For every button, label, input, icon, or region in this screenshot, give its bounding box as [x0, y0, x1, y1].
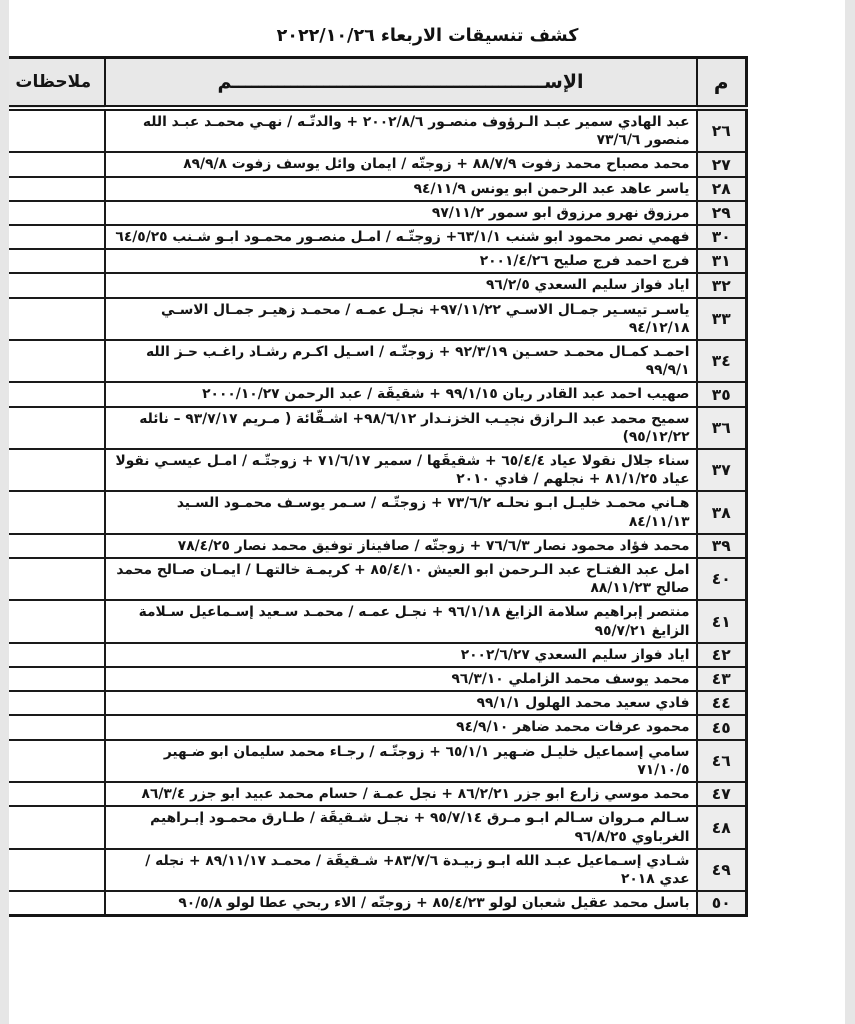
row-notes-cell — [2, 108, 105, 152]
row-serial-number: ٥٠ — [697, 891, 747, 916]
table-row: ٤٠ امل عبد الفتـاح عبد الـرحمن ابو العيش… — [2, 558, 747, 600]
table-row: ٢٨ ياسر عاهد عبد الرحمن ابو يونس ٩٤/١١/٩ — [2, 177, 747, 201]
table-row: ٤٦ سامي إسماعيل خليـل ضـهير ٦٥/١/١ + زوج… — [2, 740, 747, 782]
row-serial-number: ٤٨ — [697, 806, 747, 848]
row-person-name: محمد يوسف محمد الزاملي ٩٦/٣/١٠ — [105, 667, 697, 691]
table-row: ٢٩ مرزوق نهرو مرزوق ابو سمور ٩٧/١١/٢ — [2, 201, 747, 225]
row-person-name: سميح محمد عبد الـرازق نجيـب الخزنـدار ٩٨… — [105, 407, 697, 449]
table-row: ٤٤ فادي سعيد محمد الهلول ٩٩/١/١ — [2, 691, 747, 715]
row-notes-cell — [2, 667, 105, 691]
table-row: ٤٣ محمد يوسف محمد الزاملي ٩٦/٣/١٠ — [2, 667, 747, 691]
row-notes-cell — [2, 740, 105, 782]
row-person-name: اياد فواز سليم السعدي ٩٦/٢/٥ — [105, 273, 697, 297]
row-notes-cell — [2, 201, 105, 225]
row-notes-cell — [2, 891, 105, 916]
table-row: ٤٢ اياد فواز سليم السعدي ٢٠٠٢/٦/٢٧ — [2, 643, 747, 667]
row-notes-cell — [2, 407, 105, 449]
row-notes-cell — [2, 534, 105, 558]
row-notes-cell — [2, 177, 105, 201]
row-person-name: صهيب احمد عبد القادر ريان ٩٩/١/١٥ + شقيق… — [105, 382, 697, 406]
table-row: ٣٤ احمـد كمـال محمـد حسـين ٩٢/٣/١٩ + زوج… — [2, 340, 747, 382]
row-person-name: عبد الهادي سمير عبـد الـرؤوف منصـور ٢٠٠٢… — [105, 108, 697, 152]
table-row: ٤٥ محمود عرفات محمد ضاهر ٩٤/٩/١٠ — [2, 715, 747, 739]
table-row: ٣٥ صهيب احمد عبد القادر ريان ٩٩/١/١٥ + ش… — [2, 382, 747, 406]
row-person-name: ياسـر تيسـير جمـال الاسـي ٩٧/١١/٢٢+ نجـل… — [105, 298, 697, 340]
table-row: ٤٨ سـالم مـروان سـالم ابـو مـرق ٩٥/٧/١٤ … — [2, 806, 747, 848]
row-notes-cell — [2, 782, 105, 806]
row-person-name: شـادي إسـماعيل عبـد الله ابـو زبيـدة ٨٣/… — [105, 849, 697, 891]
row-serial-number: ٤٥ — [697, 715, 747, 739]
table-row: ٣١ فرج احمد فرج صليح ٢٠٠١/٤/٢٦ — [2, 249, 747, 273]
table-row: ٣٦ سميح محمد عبد الـرازق نجيـب الخزنـدار… — [2, 407, 747, 449]
row-serial-number: ٣٢ — [697, 273, 747, 297]
row-notes-cell — [2, 715, 105, 739]
page-right-edge-shadow — [845, 0, 855, 1024]
header-notes: ملاحظات — [2, 58, 105, 109]
table-row: ٣٨ هـاني محمـد خليـل ابـو نحلـه ٧٣/٦/٢ +… — [2, 491, 747, 533]
row-serial-number: ٣٥ — [697, 382, 747, 406]
row-serial-number: ٤٢ — [697, 643, 747, 667]
row-serial-number: ٣٨ — [697, 491, 747, 533]
row-person-name: باسل محمد عقيل شعبان لولو ٨٥/٤/٢٣ + زوجت… — [105, 891, 697, 916]
table-row: ٣٣ ياسـر تيسـير جمـال الاسـي ٩٧/١١/٢٢+ ن… — [2, 298, 747, 340]
row-person-name: محمد مصباح محمد زفوت ٨٨/٧/٩ + زوجتّه / ا… — [105, 152, 697, 176]
page-left-edge-shadow — [0, 0, 9, 1024]
row-person-name: فادي سعيد محمد الهلول ٩٩/١/١ — [105, 691, 697, 715]
table-row: ٢٦ عبد الهادي سمير عبـد الـرؤوف منصـور ٢… — [2, 108, 747, 152]
row-notes-cell — [2, 643, 105, 667]
row-serial-number: ٢٧ — [697, 152, 747, 176]
row-serial-number: ٤٩ — [697, 849, 747, 891]
table-row: ٥٠ باسل محمد عقيل شعبان لولو ٨٥/٤/٢٣ + ز… — [2, 891, 747, 916]
header-name: الإســــــــــــــــــــــــــــــــــــ… — [105, 58, 697, 109]
row-notes-cell — [2, 225, 105, 249]
coordination-roster-table: م الإســــــــــــــــــــــــــــــــــ… — [0, 56, 748, 917]
row-notes-cell — [2, 273, 105, 297]
row-person-name: هـاني محمـد خليـل ابـو نحلـه ٧٣/٦/٢ + زو… — [105, 491, 697, 533]
row-notes-cell — [2, 691, 105, 715]
row-notes-cell — [2, 382, 105, 406]
row-serial-number: ٤٣ — [697, 667, 747, 691]
row-serial-number: ٣٦ — [697, 407, 747, 449]
row-person-name: سناء جلال نقولا عياد ٦٥/٤/٤ + شقيقَها / … — [105, 449, 697, 491]
row-person-name: منتصر إبراهيم سلامة الزايغ ٩٦/١/١٨ + نجـ… — [105, 600, 697, 642]
scanned-document-page: كشف تنسيقات الاربعاء ٢٠٢٢/١٠/٢٦ م الإســ… — [0, 0, 855, 1024]
row-serial-number: ٣٩ — [697, 534, 747, 558]
row-notes-cell — [2, 806, 105, 848]
row-notes-cell — [2, 152, 105, 176]
row-serial-number: ٣٧ — [697, 449, 747, 491]
row-person-name: ياسر عاهد عبد الرحمن ابو يونس ٩٤/١١/٩ — [105, 177, 697, 201]
row-serial-number: ٤٠ — [697, 558, 747, 600]
row-person-name: اياد فواز سليم السعدي ٢٠٠٢/٦/٢٧ — [105, 643, 697, 667]
table-row: ٤٧ محمد موسي زارع ابو جزر ٨٦/٢/٢١ + نجل … — [2, 782, 747, 806]
row-person-name: احمـد كمـال محمـد حسـين ٩٢/٣/١٩ + زوجتّـ… — [105, 340, 697, 382]
row-notes-cell — [2, 600, 105, 642]
table-row: ٣٧ سناء جلال نقولا عياد ٦٥/٤/٤ + شقيقَها… — [2, 449, 747, 491]
row-person-name: محمد موسي زارع ابو جزر ٨٦/٢/٢١ + نجل عمـ… — [105, 782, 697, 806]
row-serial-number: ٢٨ — [697, 177, 747, 201]
row-serial-number: ٤٧ — [697, 782, 747, 806]
row-person-name: فهمي نصر محمود ابو شنب ٦٣/١/١+ زوجتّـه /… — [105, 225, 697, 249]
row-serial-number: ٣٠ — [697, 225, 747, 249]
row-serial-number: ٣٣ — [697, 298, 747, 340]
table-row: ٣٩ محمد فؤاد محمود نصار ٧٦/٦/٣ + زوجتّه … — [2, 534, 747, 558]
row-notes-cell — [2, 249, 105, 273]
header-row: م الإســــــــــــــــــــــــــــــــــ… — [2, 58, 747, 109]
row-serial-number: ٢٦ — [697, 108, 747, 152]
row-notes-cell — [2, 340, 105, 382]
row-person-name: سامي إسماعيل خليـل ضـهير ٦٥/١/١ + زوجتّـ… — [105, 740, 697, 782]
row-serial-number: ٣٤ — [697, 340, 747, 382]
row-serial-number: ٢٩ — [697, 201, 747, 225]
header-serial-number: م — [697, 58, 747, 109]
row-serial-number: ٤٤ — [697, 691, 747, 715]
table-row: ٣٢ اياد فواز سليم السعدي ٩٦/٢/٥ — [2, 273, 747, 297]
page-title: كشف تنسيقات الاربعاء ٢٠٢٢/١٠/٢٦ — [0, 0, 855, 56]
table-row: ٣٠ فهمي نصر محمود ابو شنب ٦٣/١/١+ زوجتّـ… — [2, 225, 747, 249]
row-serial-number: ٣١ — [697, 249, 747, 273]
row-notes-cell — [2, 449, 105, 491]
row-person-name: محمد فؤاد محمود نصار ٧٦/٦/٣ + زوجتّه / ص… — [105, 534, 697, 558]
row-serial-number: ٤٦ — [697, 740, 747, 782]
row-person-name: محمود عرفات محمد ضاهر ٩٤/٩/١٠ — [105, 715, 697, 739]
records-body: ٢٦ عبد الهادي سمير عبـد الـرؤوف منصـور ٢… — [2, 108, 747, 916]
table-row: ٤١ منتصر إبراهيم سلامة الزايغ ٩٦/١/١٨ + … — [2, 600, 747, 642]
row-notes-cell — [2, 491, 105, 533]
table-row: ٤٩ شـادي إسـماعيل عبـد الله ابـو زبيـدة … — [2, 849, 747, 891]
table-row: ٢٧ محمد مصباح محمد زفوت ٨٨/٧/٩ + زوجتّه … — [2, 152, 747, 176]
row-notes-cell — [2, 558, 105, 600]
row-person-name: فرج احمد فرج صليح ٢٠٠١/٤/٢٦ — [105, 249, 697, 273]
row-person-name: امل عبد الفتـاح عبد الـرحمن ابو العيش ٨٥… — [105, 558, 697, 600]
row-notes-cell — [2, 298, 105, 340]
row-notes-cell — [2, 849, 105, 891]
row-person-name: سـالم مـروان سـالم ابـو مـرق ٩٥/٧/١٤ + ن… — [105, 806, 697, 848]
table-header: م الإســــــــــــــــــــــــــــــــــ… — [2, 58, 747, 109]
row-person-name: مرزوق نهرو مرزوق ابو سمور ٩٧/١١/٢ — [105, 201, 697, 225]
row-serial-number: ٤١ — [697, 600, 747, 642]
